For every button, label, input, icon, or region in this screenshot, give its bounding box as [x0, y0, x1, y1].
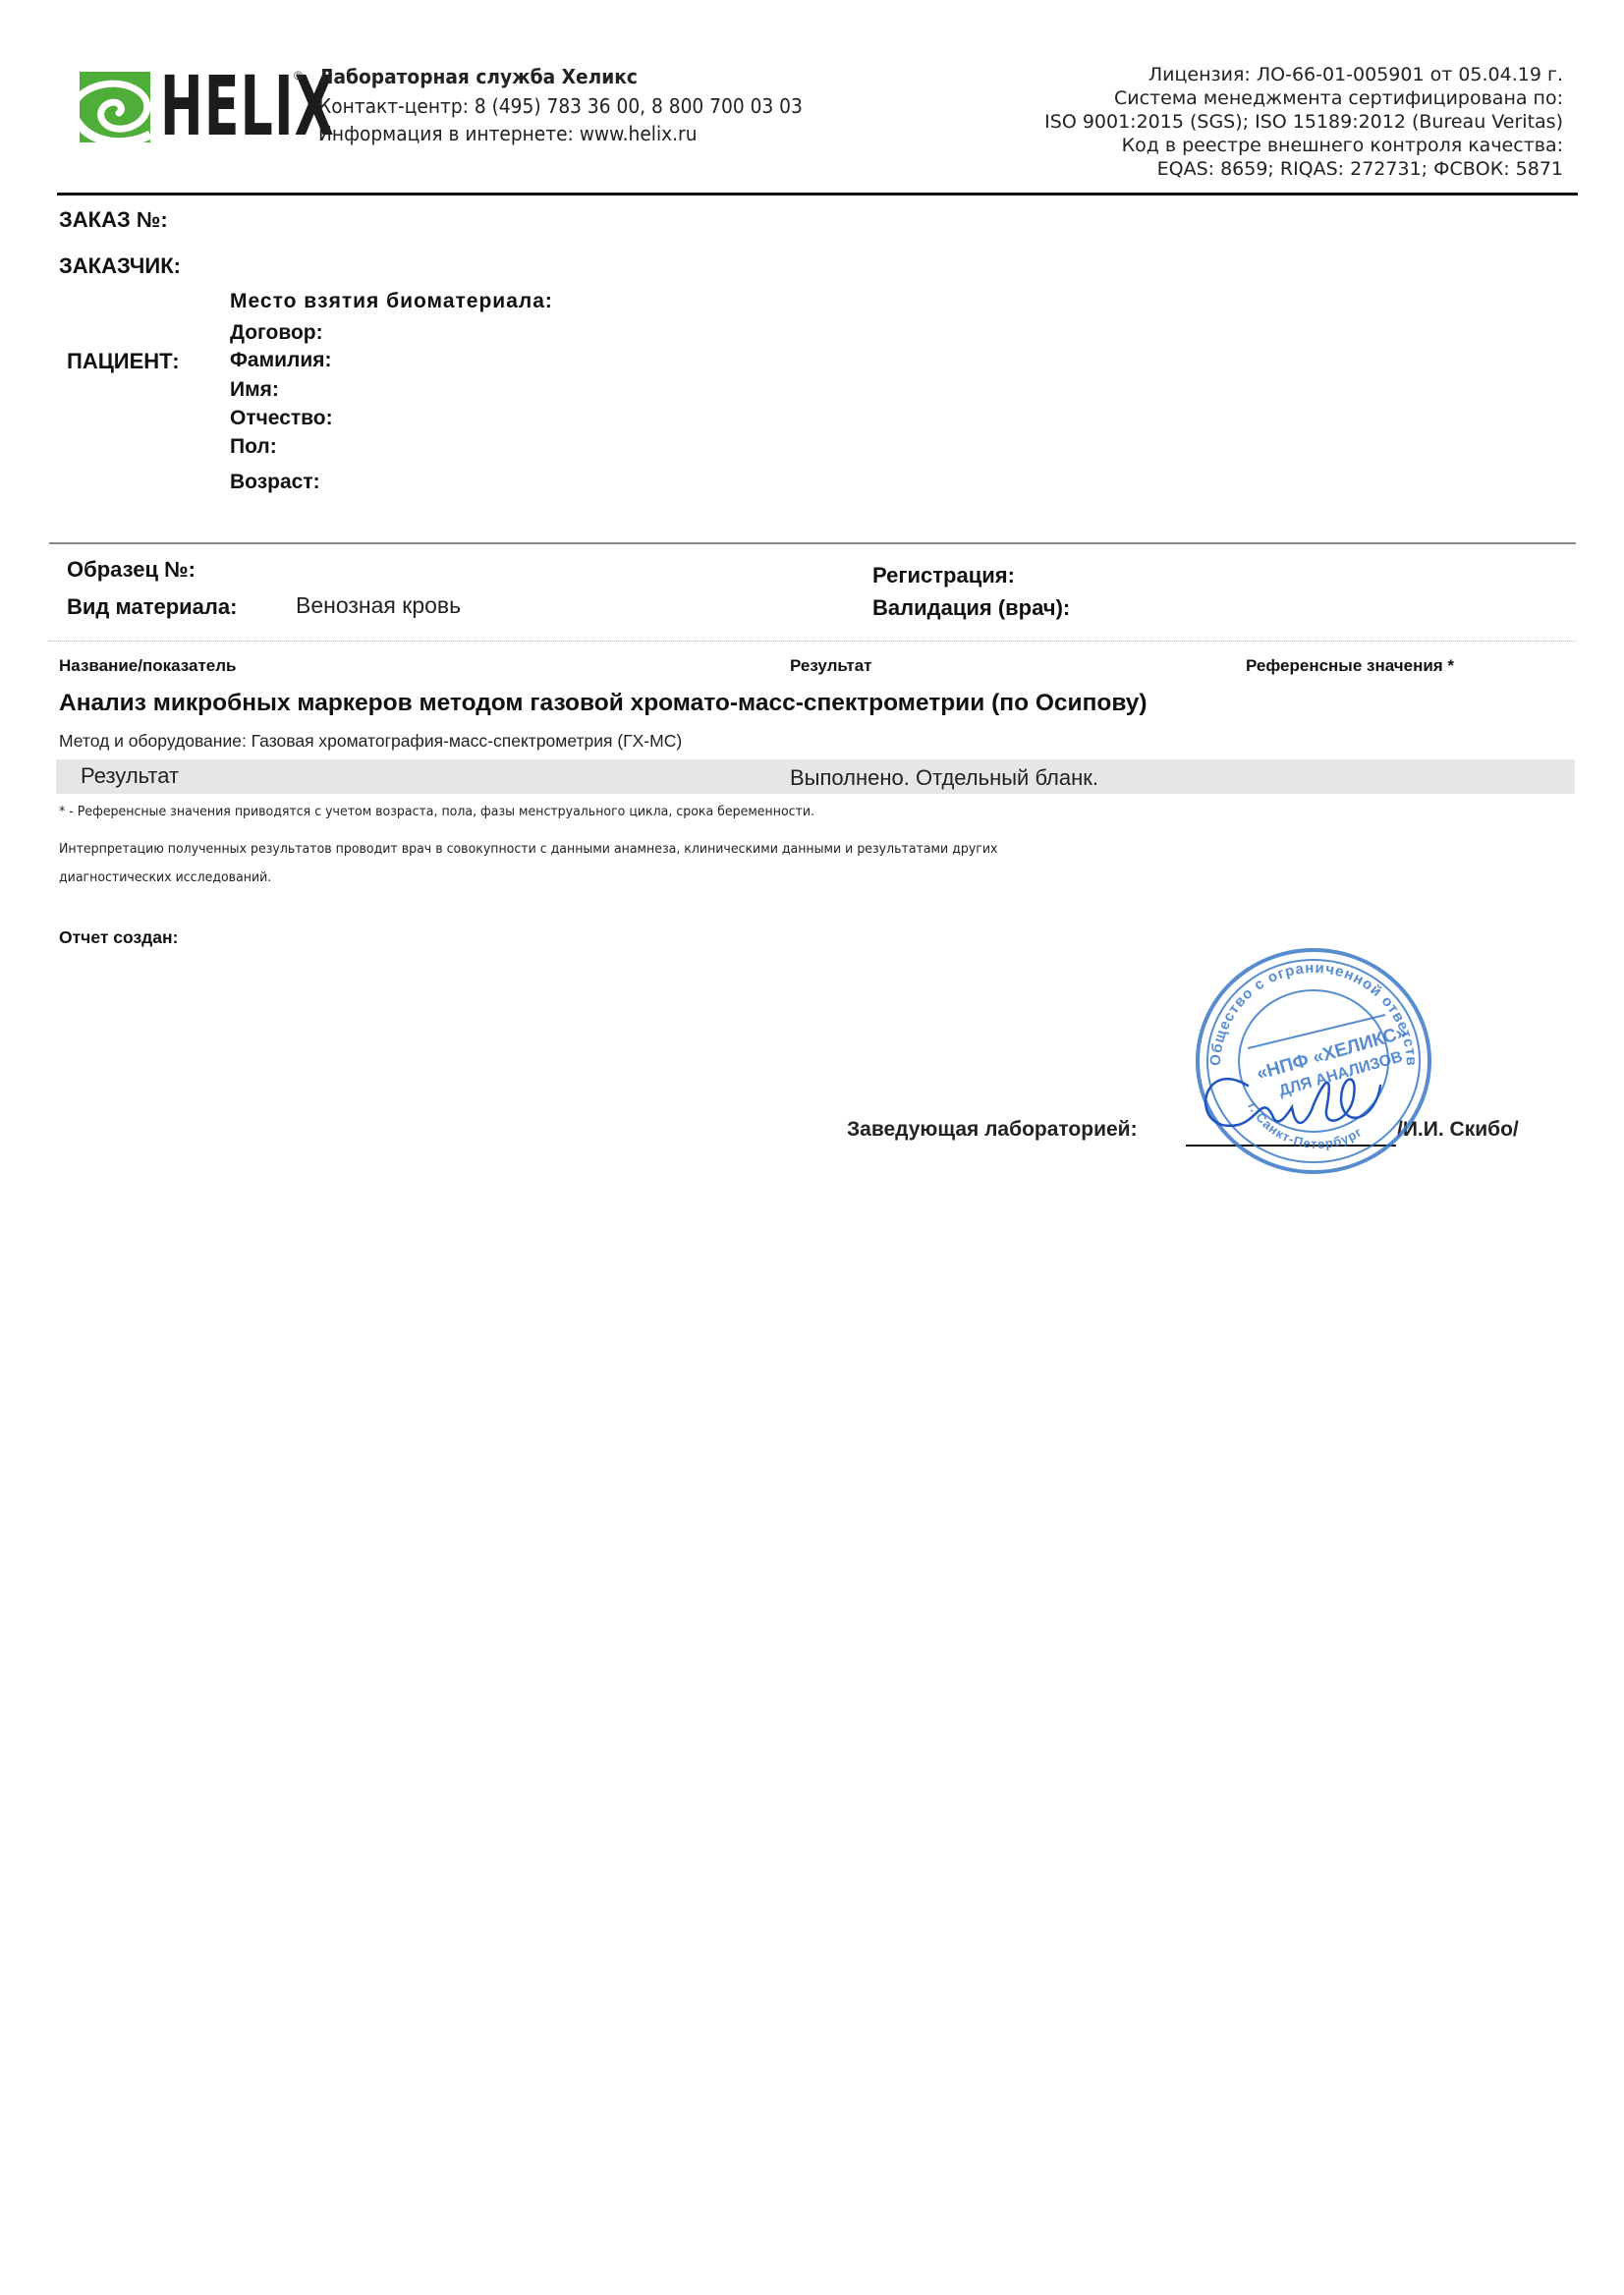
interpretation-note-line1: Интерпретацию полученных результатов про… [59, 841, 997, 857]
sample-section-divider [49, 641, 1576, 642]
patient-label: ПАЦИЕНТ: [67, 349, 180, 374]
first-name-label: Имя: [230, 378, 279, 402]
column-header-reference: Референсные значения * [1246, 656, 1454, 676]
patronymic-label: Отчество: [230, 407, 333, 430]
reference-footnote: * - Референсные значения приводятся с уч… [59, 804, 814, 819]
registration-label: Регистрация: [872, 563, 1015, 588]
result-row-name: Результат [81, 763, 179, 789]
contract-label: Договор: [230, 321, 323, 345]
sex-label: Пол: [230, 435, 277, 459]
column-header-result: Результат [790, 656, 872, 676]
patient-section-divider [49, 542, 1576, 544]
customer-label: ЗАКАЗЧИК: [59, 253, 181, 279]
interpretation-note-line2: диагностических исследований. [59, 869, 271, 885]
material-type-value: Венозная кровь [296, 592, 461, 619]
quality-codes-line: EQAS: 8659; RIQAS: 272731; ФСВОК: 5871 [1157, 158, 1563, 180]
result-row-value: Выполнено. Отдельный бланк. [790, 765, 1098, 791]
official-stamp-icon: Общество с ограниченной ответственностью… [1179, 938, 1444, 1184]
validation-label: Валидация (врач): [872, 595, 1070, 621]
age-label: Возраст: [230, 471, 320, 494]
helix-spiral-logo-icon [80, 72, 150, 142]
sample-number-label: Образец №: [67, 557, 196, 583]
logo-wordmark: HELIX [160, 61, 335, 151]
website-info: Информация в интернете: www.helix.ru [318, 122, 697, 145]
certification-line: Система менеджмента сертифицирована по: [1114, 87, 1563, 109]
iso-line: ISO 9001:2015 (SGS); ISO 15189:2012 (Bur… [1044, 111, 1563, 133]
contact-center: Контакт-центр: 8 (495) 783 36 00, 8 800 … [318, 94, 803, 118]
material-type-label: Вид материала: [67, 594, 237, 620]
column-header-name: Название/показатель [59, 656, 237, 676]
surname-label: Фамилия: [230, 349, 332, 372]
sampling-place-label: Место взятия биоматериала: [230, 290, 553, 313]
test-method: Метод и оборудование: Газовая хроматогра… [59, 731, 682, 752]
lab-head-label: Заведующая лабораторией: [847, 1118, 1138, 1142]
lab-name: Лабораторная служба Хеликс [318, 65, 638, 88]
test-title: Анализ микробных маркеров методом газово… [59, 690, 1148, 717]
quality-registry-line: Код в реестре внешнего контроля качества… [1122, 135, 1563, 156]
header-divider [57, 193, 1578, 196]
registered-mark: ® [294, 69, 303, 83]
order-number-label: ЗАКАЗ №: [59, 207, 168, 233]
license-line: Лицензия: ЛО-66-01-005901 от 05.04.19 г. [1148, 64, 1563, 85]
report-created-label: Отчет создан: [59, 927, 178, 948]
